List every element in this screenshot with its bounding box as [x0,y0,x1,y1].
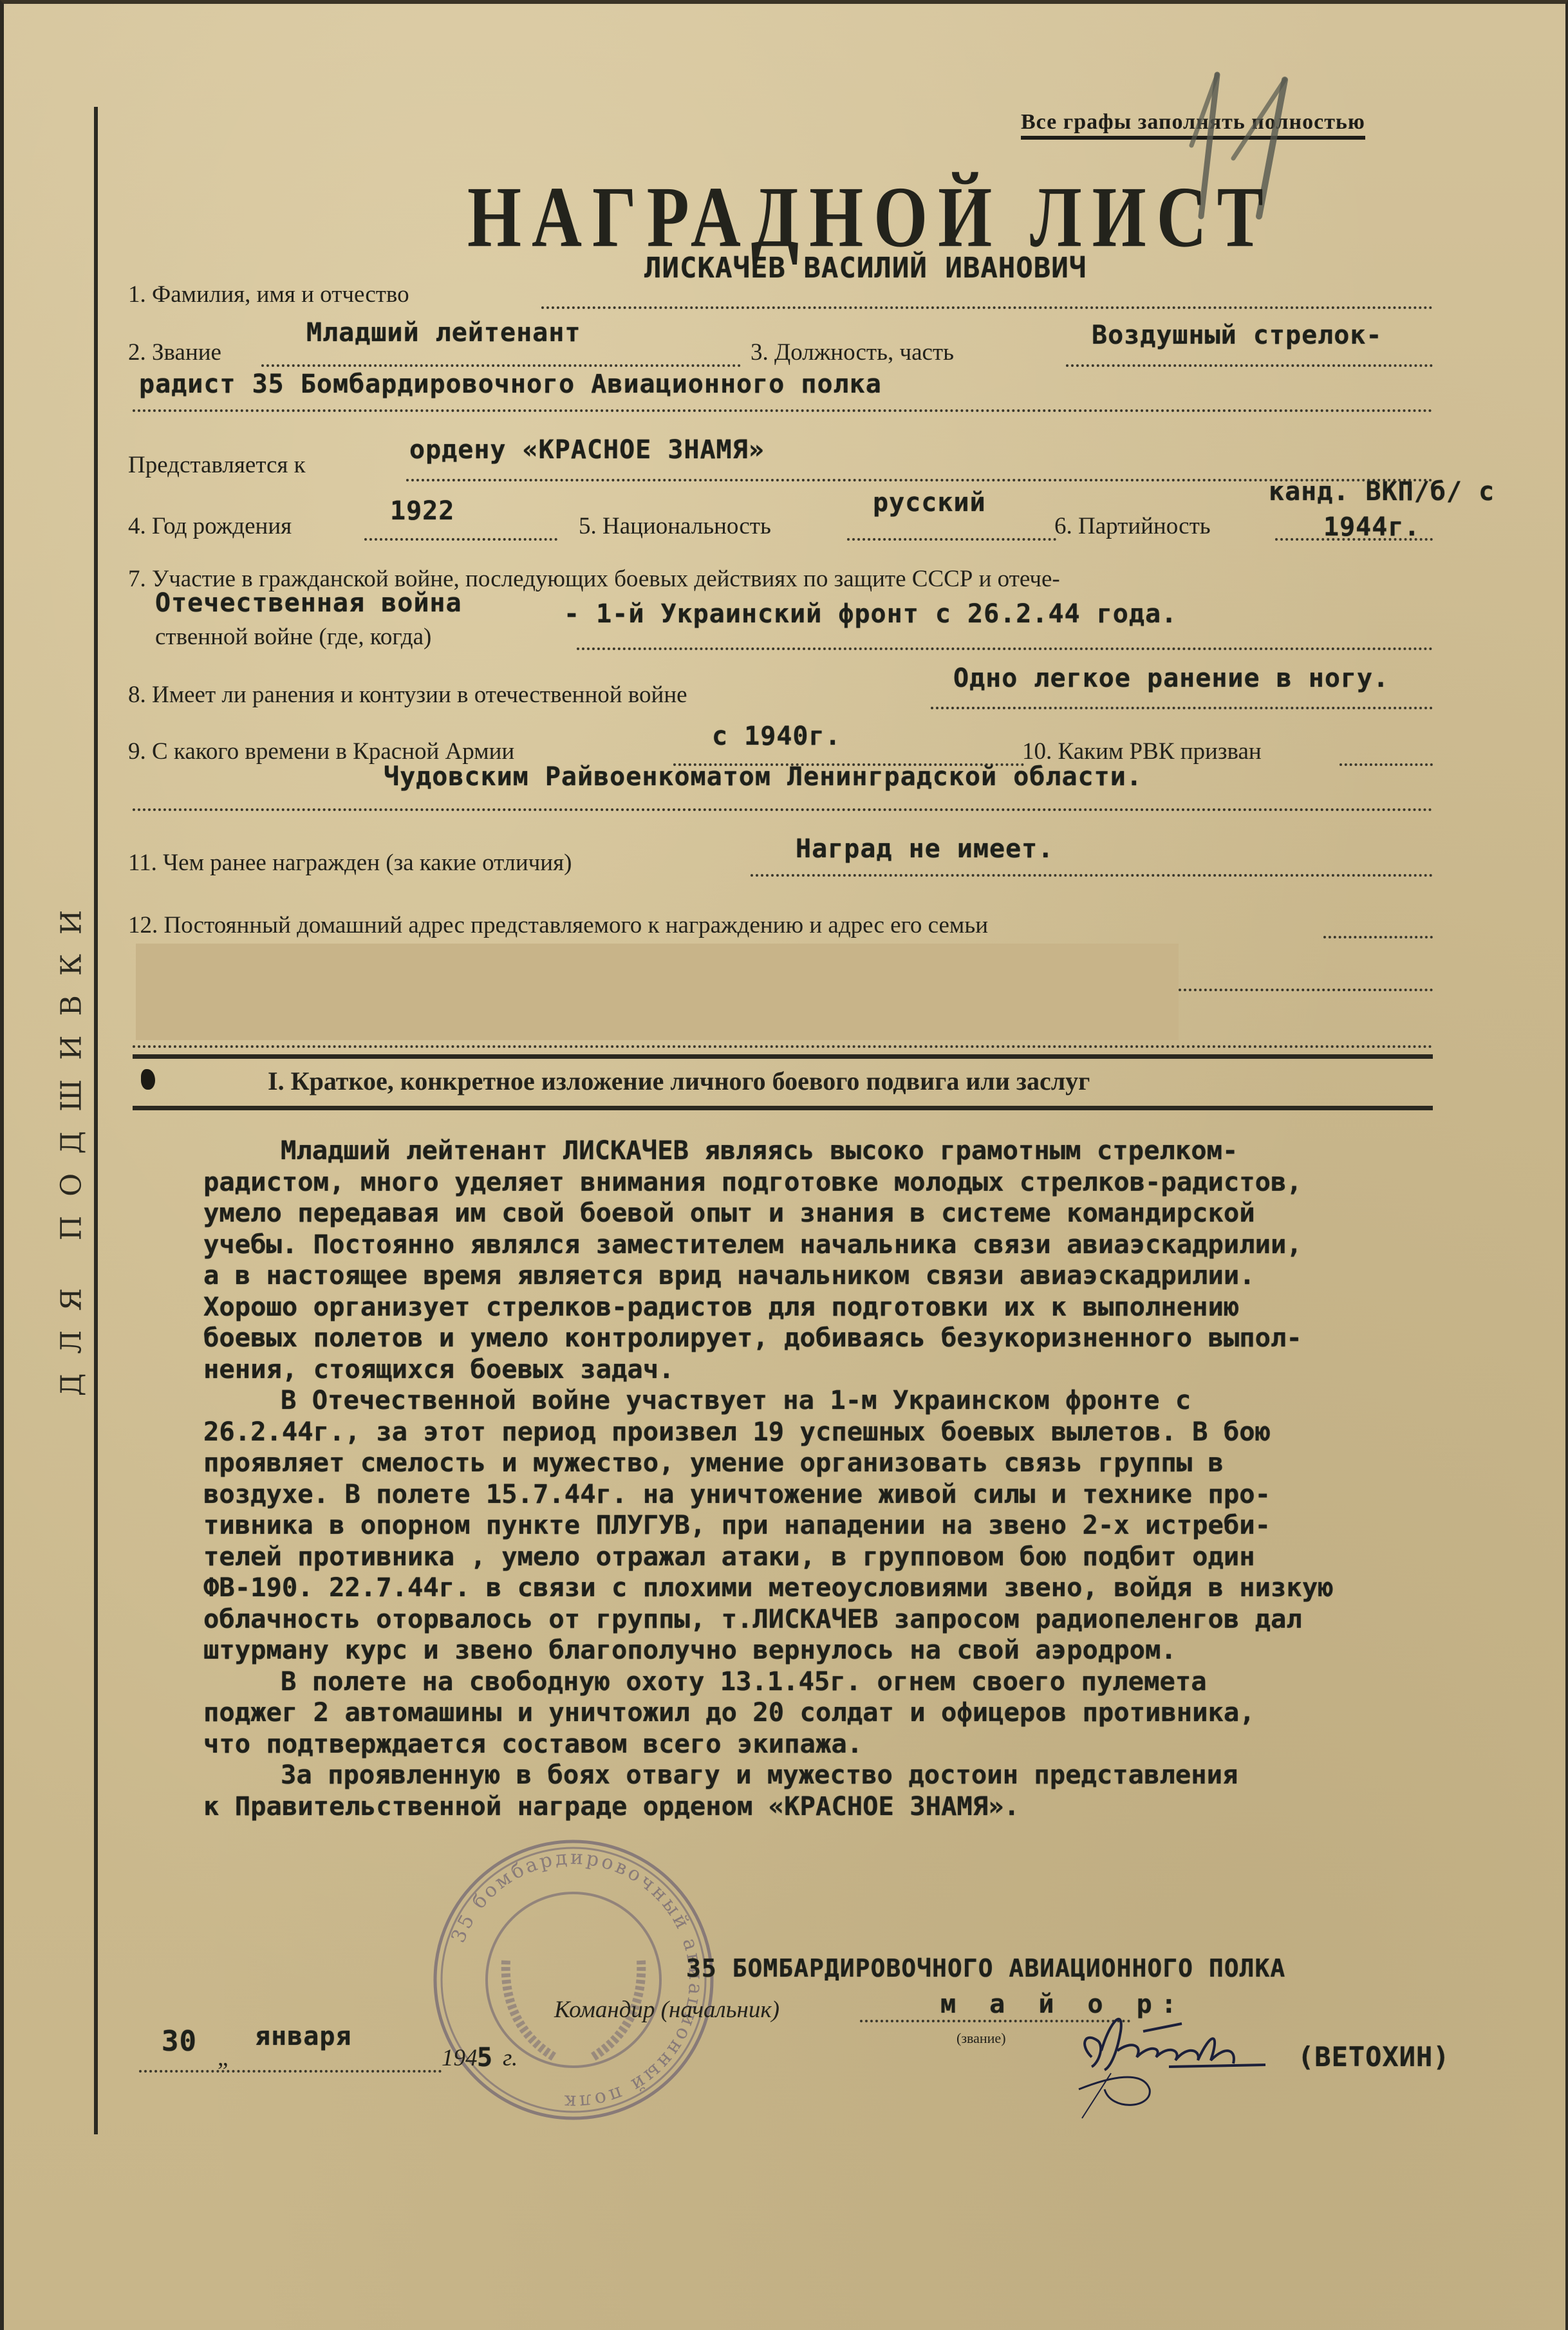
war-participation-label-2: ственной войне (где, когда) [155,623,431,651]
draft-office-line [1339,763,1433,766]
draft-office-label: 10. Каким РВК призван [1022,738,1262,765]
party-line [1275,538,1433,541]
party-label: 6. Партийность [1054,512,1211,540]
official-seal-stamp: 35 бомбардировочный авиационный полк [425,1832,722,2128]
narrative-line: учебы. Постоянно являлся заместителем на… [203,1229,1555,1260]
birth-year-line [364,538,557,541]
nationality-line [847,538,1056,541]
home-address-label: 12. Постоянный домашний адрес представля… [128,911,988,939]
birth-year-label: 4. Год рождения [128,512,292,540]
narrative-line: воздухе. В полете 15.7.44г. на уничтожен… [203,1478,1555,1510]
war-participation-value-1: Отечественная война [155,588,462,618]
draft-office-line-2 [133,808,1433,811]
narrative-line: За проявленную в боях отвагу и мужество … [203,1759,1555,1791]
date-year-end: г. [503,2044,518,2072]
narrative-line: что подтверждается составом всего экипаж… [203,1728,1555,1760]
award-label: Представляется к [128,451,306,479]
narrative-line: боевых полетов и умело контролирует, доб… [203,1322,1555,1354]
commander-name: (ВЕТОХИН) [1298,2041,1450,2073]
rank-caption: (звание) [957,2030,1006,2047]
party-value-line1: канд. ВКП/б/ с [1269,477,1495,507]
wounds-line [931,707,1433,709]
war-participation-value-2: - 1-й Украинский фронт с 26.2.44 года. [564,599,1177,629]
narrative-line: штурману курс и звено благополучно верну… [203,1634,1555,1666]
position-line-2 [133,409,1433,412]
narrative-line: к Правительственной награде орденом «КРА… [203,1791,1555,1822]
full-name-value: ЛИСКАЧЕВ ВАСИЛИЙ ИВАНОВИЧ [644,252,1087,284]
wounds-label: 8. Имеет ли ранения и контузии в отечест… [128,681,687,709]
draft-office-value: Чудовским Райвоенкоматом Ленинградской о… [384,762,1143,792]
narrative-line: телей противника , умело отражал атаки, … [203,1541,1555,1572]
birth-year-value: 1922 [390,496,454,526]
narrative-line: ФВ-190. 22.7.44г. в связи с плохими мете… [203,1572,1555,1603]
date-month: января [255,2022,352,2051]
date-year-prefix: 194 [442,2044,478,2072]
wounds-value: Одно легкое ранение в ногу. [953,664,1389,693]
rank-label: 2. Звание [128,339,221,366]
previous-awards-line [751,874,1433,877]
date-day: 30 [162,2025,197,2058]
commander-signature [1072,2006,1317,2121]
unit-name: 35 БОМБАРДИРОВОЧНОГО АВИАЦИОННОГО ПОЛКА [686,1954,1285,1982]
date-year-suffix: 5 [477,2043,493,2073]
narrative-line: В полете на свободную охоту 13.1.45г. ог… [203,1666,1555,1697]
narrative-line: умело передавая им свой боевой опыт и зн… [203,1197,1555,1229]
date-line [139,2070,442,2073]
binding-label-text: ДЛЯ ПОДШИВКИ [55,890,88,1396]
narrative-line: радистом, много уделяет внимания подгото… [203,1166,1555,1198]
narrative-line: В Отечественной войне участвует на 1-м У… [203,1384,1555,1416]
binding-hole-mark [141,1069,155,1090]
date-quote: „ [218,2044,228,2072]
narrative-line: а в настоящее время является врид началь… [203,1260,1555,1291]
service-start-label: 9. С какого времени в Красной Армии [128,738,514,765]
award-value: ордену «КРАСНОЕ ЗНАМЯ» [409,435,765,465]
full-name-label: 1. Фамилия, имя и отчество [128,281,409,308]
home-address-line-2 [1179,989,1433,991]
previous-awards-value: Наград не имеет. [796,834,1054,864]
section-heading: I. Краткое, конкретное изложение личного… [268,1066,1090,1096]
war-participation-line [577,648,1433,650]
service-start-value: с 1940г. [712,722,841,751]
narrative-line: тивника в опорном пункте ПЛУГУВ, при нап… [203,1509,1555,1541]
narrative-line: поджег 2 автомашины и уничтожил до 20 со… [203,1697,1555,1728]
previous-awards-label: 11. Чем ранее награжден (за какие отличи… [128,849,572,877]
rank-value: Младший лейтенант [306,318,581,348]
full-name-line [541,306,1433,309]
home-address-line-3 [133,1045,1433,1048]
narrative-line: проявляет смелость и мужество, умение ор… [203,1447,1555,1478]
nationality-value: русский [873,488,986,517]
binding-label: ДЛЯ ПОДШИВКИ [30,853,113,1433]
position-value-line1: Воздушный стрелок- [1092,321,1382,350]
position-value-line2: радист 35 Бомбардировочного Авиационного… [139,369,882,399]
nationality-label: 5. Национальность [579,512,771,540]
section-divider-bottom [133,1106,1433,1110]
redacted-address-block [136,944,1179,1040]
narrative-line: 26.2.44г., за этот период произвел 19 ус… [203,1416,1555,1448]
section-divider-top [133,1054,1433,1059]
position-label: 3. Должность, часть [751,339,954,366]
narrative-line: облачность оторвалось от группы, т.ЛИСКА… [203,1603,1555,1635]
home-address-line [1323,936,1433,938]
award-sheet: ДЛЯ ПОДШИВКИ Все графы заполнять полност… [0,0,1568,2330]
merit-narrative: Младший лейтенант ЛИСКАЧЕВ являясь высок… [203,1135,1555,1822]
narrative-line: Хорошо организует стрелков-радистов для … [203,1291,1555,1323]
narrative-line: нения, стоящихся боевых задач. [203,1354,1555,1385]
position-line [1066,364,1433,367]
commander-label: Командир (начальник) [554,1996,779,2024]
narrative-line: Младший лейтенант ЛИСКАЧЕВ являясь высок… [203,1135,1555,1166]
rank-line [261,364,741,367]
